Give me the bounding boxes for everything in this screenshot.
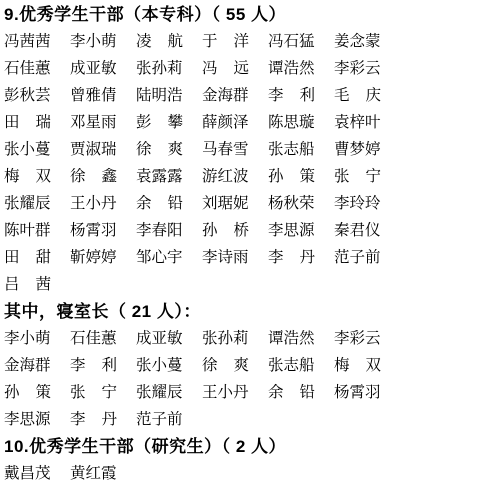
student-name: 游红波 bbox=[202, 163, 249, 190]
student-name: 徐鑫 bbox=[70, 163, 117, 190]
student-name: 石佳蕙 bbox=[70, 325, 117, 352]
student-name: 曾雅倩 bbox=[70, 82, 117, 109]
student-name: 邓星雨 bbox=[70, 109, 117, 136]
name-row: 冯茜茜李小萌凌航于洋冯石猛姜念蒙 bbox=[4, 28, 498, 55]
student-name: 孙策 bbox=[268, 163, 315, 190]
student-name: 陆明浩 bbox=[136, 82, 183, 109]
student-name: 于洋 bbox=[202, 28, 249, 55]
student-name: 陈叶群 bbox=[4, 217, 51, 244]
student-name: 李思源 bbox=[4, 406, 51, 433]
student-name: 彭秋芸 bbox=[4, 82, 51, 109]
student-name: 孙策 bbox=[4, 379, 51, 406]
student-name: 王小丹 bbox=[70, 190, 117, 217]
student-name: 姜念蒙 bbox=[334, 28, 381, 55]
student-name: 梅双 bbox=[4, 163, 51, 190]
student-name: 李丹 bbox=[268, 244, 315, 271]
student-name: 李利 bbox=[268, 82, 315, 109]
name-row: 张小蔓贾淑瑞徐爽马春雪张志船曹梦婷 bbox=[4, 136, 498, 163]
name-row: 田甜靳婷婷邹心宇李诗雨李丹范子前 bbox=[4, 244, 498, 271]
student-name: 张志船 bbox=[268, 136, 315, 163]
section-heading: 其中，寝室长（ 21 人）： bbox=[4, 298, 498, 325]
student-name: 金海群 bbox=[4, 352, 51, 379]
student-name: 靳婷婷 bbox=[70, 244, 117, 271]
student-name: 张小蔓 bbox=[136, 352, 183, 379]
student-name: 李诗雨 bbox=[202, 244, 249, 271]
section-heading: 9.优秀学生干部（本专科）（ 55 人） bbox=[4, 1, 498, 28]
student-name: 徐爽 bbox=[136, 136, 183, 163]
student-name: 李彩云 bbox=[334, 325, 381, 352]
student-name: 余铅 bbox=[136, 190, 183, 217]
student-name: 杨秋荣 bbox=[268, 190, 315, 217]
section-heading: 10.优秀学生干部（研究生）（ 2 人） bbox=[4, 433, 498, 460]
name-row: 孙策张宁张耀辰王小丹余铅杨霄羽 bbox=[4, 379, 498, 406]
student-name: 田甜 bbox=[4, 244, 51, 271]
name-row: 李小萌石佳蕙成亚敏张孙莉谭浩然李彩云 bbox=[4, 325, 498, 352]
student-name: 张宁 bbox=[70, 379, 117, 406]
student-name: 李思源 bbox=[268, 217, 315, 244]
student-name: 张小蔓 bbox=[4, 136, 51, 163]
student-name: 李利 bbox=[70, 352, 117, 379]
document: 9.优秀学生干部（本专科）（ 55 人）冯茜茜李小萌凌航于洋冯石猛姜念蒙石佳蕙成… bbox=[0, 0, 502, 482]
student-name: 戴昌茂 bbox=[4, 460, 51, 482]
student-name: 秦君仪 bbox=[334, 217, 381, 244]
student-name: 刘琚妮 bbox=[202, 190, 249, 217]
student-name: 张耀辰 bbox=[136, 379, 183, 406]
student-name: 李小萌 bbox=[70, 28, 117, 55]
student-name: 彭攀 bbox=[136, 109, 183, 136]
student-name: 范子前 bbox=[334, 244, 381, 271]
name-row: 戴昌茂黄红霞 bbox=[4, 460, 498, 482]
student-name: 吕茜 bbox=[4, 271, 51, 298]
student-name: 杨霄羽 bbox=[334, 379, 381, 406]
student-name: 谭浩然 bbox=[268, 55, 315, 82]
student-name: 贾淑瑞 bbox=[70, 136, 117, 163]
student-name: 金海群 bbox=[202, 82, 249, 109]
student-name: 冯石猛 bbox=[268, 28, 315, 55]
student-name: 石佳蕙 bbox=[4, 55, 51, 82]
name-row: 金海群李利张小蔓徐爽张志船梅双 bbox=[4, 352, 498, 379]
student-name: 冯茜茜 bbox=[4, 28, 51, 55]
student-name: 黄红霞 bbox=[70, 460, 117, 482]
student-name: 李小萌 bbox=[4, 325, 51, 352]
student-name: 王小丹 bbox=[202, 379, 249, 406]
student-name: 范子前 bbox=[136, 406, 183, 433]
student-name: 孙桥 bbox=[202, 217, 249, 244]
student-name: 成亚敏 bbox=[136, 325, 183, 352]
student-name: 李丹 bbox=[70, 406, 117, 433]
student-name: 冯远 bbox=[202, 55, 249, 82]
name-row: 张耀辰王小丹余铅刘琚妮杨秋荣李玲玲 bbox=[4, 190, 498, 217]
student-name: 袁梓叶 bbox=[334, 109, 381, 136]
student-name: 徐爽 bbox=[202, 352, 249, 379]
student-name: 李彩云 bbox=[334, 55, 381, 82]
student-name: 杨霄羽 bbox=[70, 217, 117, 244]
student-name: 邹心宇 bbox=[136, 244, 183, 271]
student-name: 张孙莉 bbox=[202, 325, 249, 352]
name-row: 石佳蕙成亚敏张孙莉冯远谭浩然李彩云 bbox=[4, 55, 498, 82]
student-name: 袁露露 bbox=[136, 163, 183, 190]
student-name: 张耀辰 bbox=[4, 190, 51, 217]
student-name: 李春阳 bbox=[136, 217, 183, 244]
name-row: 田瑞邓星雨彭攀薛颜泽陈思璇袁梓叶 bbox=[4, 109, 498, 136]
student-name: 毛庆 bbox=[334, 82, 381, 109]
student-name: 梅双 bbox=[334, 352, 381, 379]
student-name: 张志船 bbox=[268, 352, 315, 379]
student-name: 张宁 bbox=[334, 163, 381, 190]
student-name: 曹梦婷 bbox=[334, 136, 381, 163]
student-name: 凌航 bbox=[136, 28, 183, 55]
name-row: 陈叶群杨霄羽李春阳孙桥李思源秦君仪 bbox=[4, 217, 498, 244]
name-row: 李思源李丹范子前 bbox=[4, 406, 498, 433]
student-name: 李玲玲 bbox=[334, 190, 381, 217]
student-name: 谭浩然 bbox=[268, 325, 315, 352]
student-name: 张孙莉 bbox=[136, 55, 183, 82]
student-name: 马春雪 bbox=[202, 136, 249, 163]
student-name: 陈思璇 bbox=[268, 109, 315, 136]
name-row: 梅双徐鑫袁露露游红波孙策张宁 bbox=[4, 163, 498, 190]
name-row: 吕茜 bbox=[4, 271, 498, 298]
student-name: 成亚敏 bbox=[70, 55, 117, 82]
name-row: 彭秋芸曾雅倩陆明浩金海群李利毛庆 bbox=[4, 82, 498, 109]
student-name: 薛颜泽 bbox=[202, 109, 249, 136]
student-name: 田瑞 bbox=[4, 109, 51, 136]
student-name: 余铅 bbox=[268, 379, 315, 406]
